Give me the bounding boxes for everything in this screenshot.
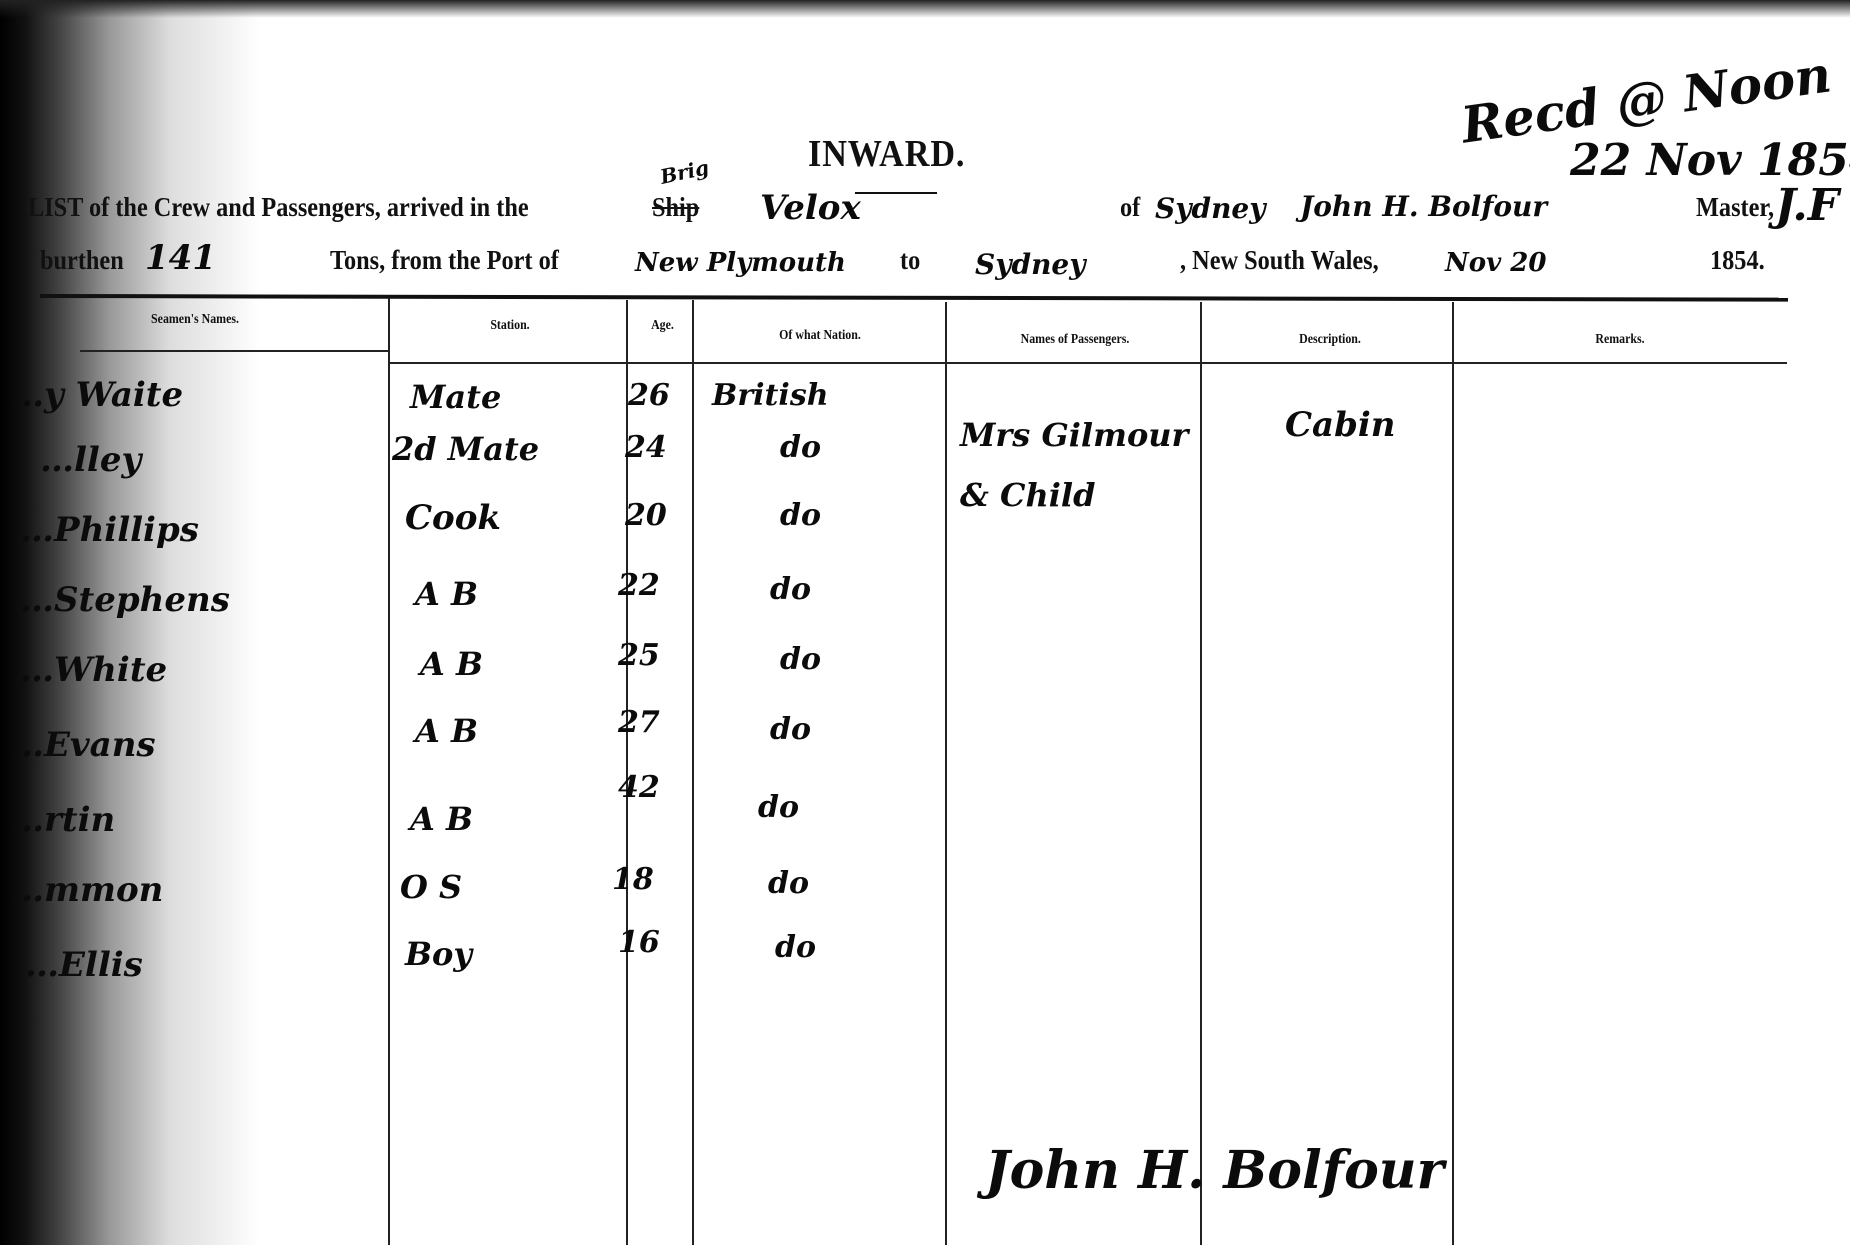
seaman-nation: do [770, 712, 811, 747]
seaman-station: Boy [405, 935, 472, 973]
col-header-age: Age. [643, 318, 681, 334]
passenger-description: Cabin [1285, 405, 1396, 445]
seaman-station: A B [415, 575, 478, 613]
seaman-station: Cook [405, 498, 501, 538]
burthen-label: burthen [40, 245, 124, 276]
seaman-name: …Phillips [20, 510, 199, 550]
to-port: Sydney [975, 248, 1086, 281]
seaman-name: …Ellis [25, 945, 143, 985]
seaman-nation: do [780, 642, 821, 677]
year: 1854. [1710, 245, 1765, 276]
seaman-nation: do [780, 498, 821, 533]
seaman-nation: British [712, 378, 829, 413]
seaman-station: A B [420, 645, 483, 683]
to-label: to [900, 245, 920, 276]
seaman-station: A B [415, 712, 478, 750]
of-label: of [1120, 192, 1140, 223]
arrival-date: Nov 20 [1445, 248, 1546, 278]
col-header-station: Station. [421, 318, 600, 334]
scan-edge-shading [0, 0, 260, 1245]
col-divider-1 [388, 298, 390, 1245]
seaman-age: 16 [618, 925, 660, 960]
seaman-age: 26 [628, 378, 670, 413]
seaman-nation: do [758, 790, 799, 825]
col-header-seamens-names: Seamen's Names. [114, 312, 276, 328]
seaman-nation: do [775, 930, 816, 965]
seaman-age: 20 [625, 498, 667, 533]
inserted-vessel-type: Brig [658, 155, 711, 189]
master-signature: John H. Bolfour [985, 1140, 1444, 1201]
heading-underline [855, 192, 937, 194]
seaman-name: …Stephens [20, 580, 230, 620]
seaman-age: 24 [625, 430, 667, 465]
table-top-rule [40, 294, 1788, 302]
master-name: John H. Bolfour [1300, 190, 1547, 223]
seaman-station: Mate [410, 378, 501, 416]
scan-top-shading [0, 0, 1850, 18]
tons-from-port-label: Tons, from the Port of [330, 245, 559, 276]
seaman-age: 22 [618, 568, 660, 603]
seaman-age: 18 [612, 862, 654, 897]
seaman-name: …lley [40, 440, 141, 480]
seaman-station: 2d Mate [392, 430, 539, 468]
seaman-nation: do [780, 430, 821, 465]
received-date-annotation: 22 Nov 1854 [1570, 135, 1850, 186]
colony-label: , New South Wales, [1180, 245, 1379, 276]
seaman-age: 42 [618, 770, 660, 805]
header-rule [390, 362, 1787, 364]
home-port: Sydney [1155, 192, 1266, 225]
seaman-age: 25 [618, 638, 660, 673]
col-header-nation: Of what Nation. [722, 328, 918, 344]
seaman-nation: do [768, 866, 809, 901]
seaman-name: …White [20, 650, 167, 690]
col-divider-6 [1452, 302, 1454, 1245]
col-divider-4 [945, 302, 947, 1245]
document-heading: INWARD. [808, 132, 965, 176]
seaman-nation: do [770, 572, 811, 607]
seaman-name: …rtin [10, 800, 115, 840]
col-header-remarks: Remarks. [1493, 332, 1748, 348]
seaman-name: …y Waite [10, 375, 183, 415]
struck-vessel-type: Ship [652, 192, 699, 223]
initials-annotation: J.F [1775, 180, 1839, 231]
from-port: New Plymouth [635, 248, 846, 278]
header-rule-names [80, 350, 390, 352]
col-header-description: Description. [1232, 332, 1428, 348]
tonnage: 141 [145, 238, 216, 278]
seaman-name: …Evans [10, 725, 156, 765]
seaman-age: 27 [618, 705, 660, 740]
seaman-station: A B [410, 800, 473, 838]
seaman-name: …mmon [10, 870, 163, 910]
col-divider-3 [692, 300, 694, 1245]
vessel-name: Velox [760, 188, 861, 228]
col-header-passenger-names: Names of Passengers. [977, 332, 1173, 348]
passenger-name: Mrs Gilmour & Child [960, 405, 1220, 525]
seaman-station: O S [400, 868, 462, 906]
line1-prefix: LIST of the Crew and Passengers, arrived… [28, 192, 529, 223]
master-label: Master, [1696, 192, 1774, 223]
